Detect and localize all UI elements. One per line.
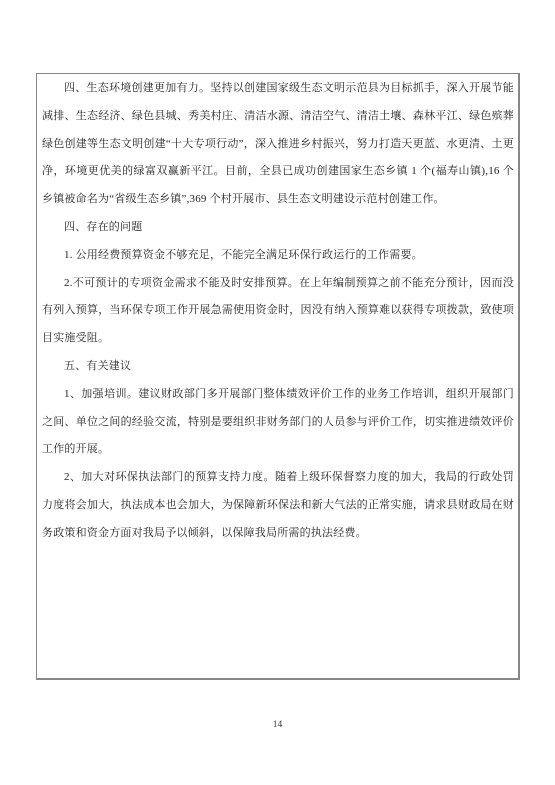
paragraph-suggestion-2: 2、加大对环保执法部门的预算支持力度。随着上级环保督察力度的加大，我局的行政处罚… (42, 464, 514, 547)
heading-suggestions: 五、有关建议 (42, 353, 514, 381)
paragraph-problem-1: 1. 公用经费预算资金不够充足，不能完全满足环保行政运行的工作需要。 (42, 242, 514, 270)
page-number: 14 (0, 720, 555, 730)
document-page: 四、生态环境创建更加有力。坚持以创建国家级生态文明示范县为目标抓手，深入开展节能… (0, 0, 555, 785)
paragraph-ecology-achievement: 四、生态环境创建更加有力。坚持以创建国家级生态文明示范县为目标抓手，深入开展节能… (42, 75, 514, 214)
paragraph-problem-2: 2.不可预计的专项资金需求不能及时安排预算。在上年编制预算之前不能充分预计，因而… (42, 270, 514, 353)
heading-existing-problems: 四、存在的问题 (42, 214, 514, 242)
document-table-cell: 四、生态环境创建更加有力。坚持以创建国家级生态文明示范县为目标抓手，深入开展节能… (36, 73, 520, 680)
paragraph-suggestion-1: 1、加强培训。建议财政部门多开展部门整体绩效评价工作的业务工作培训，组织开展部门… (42, 381, 514, 464)
